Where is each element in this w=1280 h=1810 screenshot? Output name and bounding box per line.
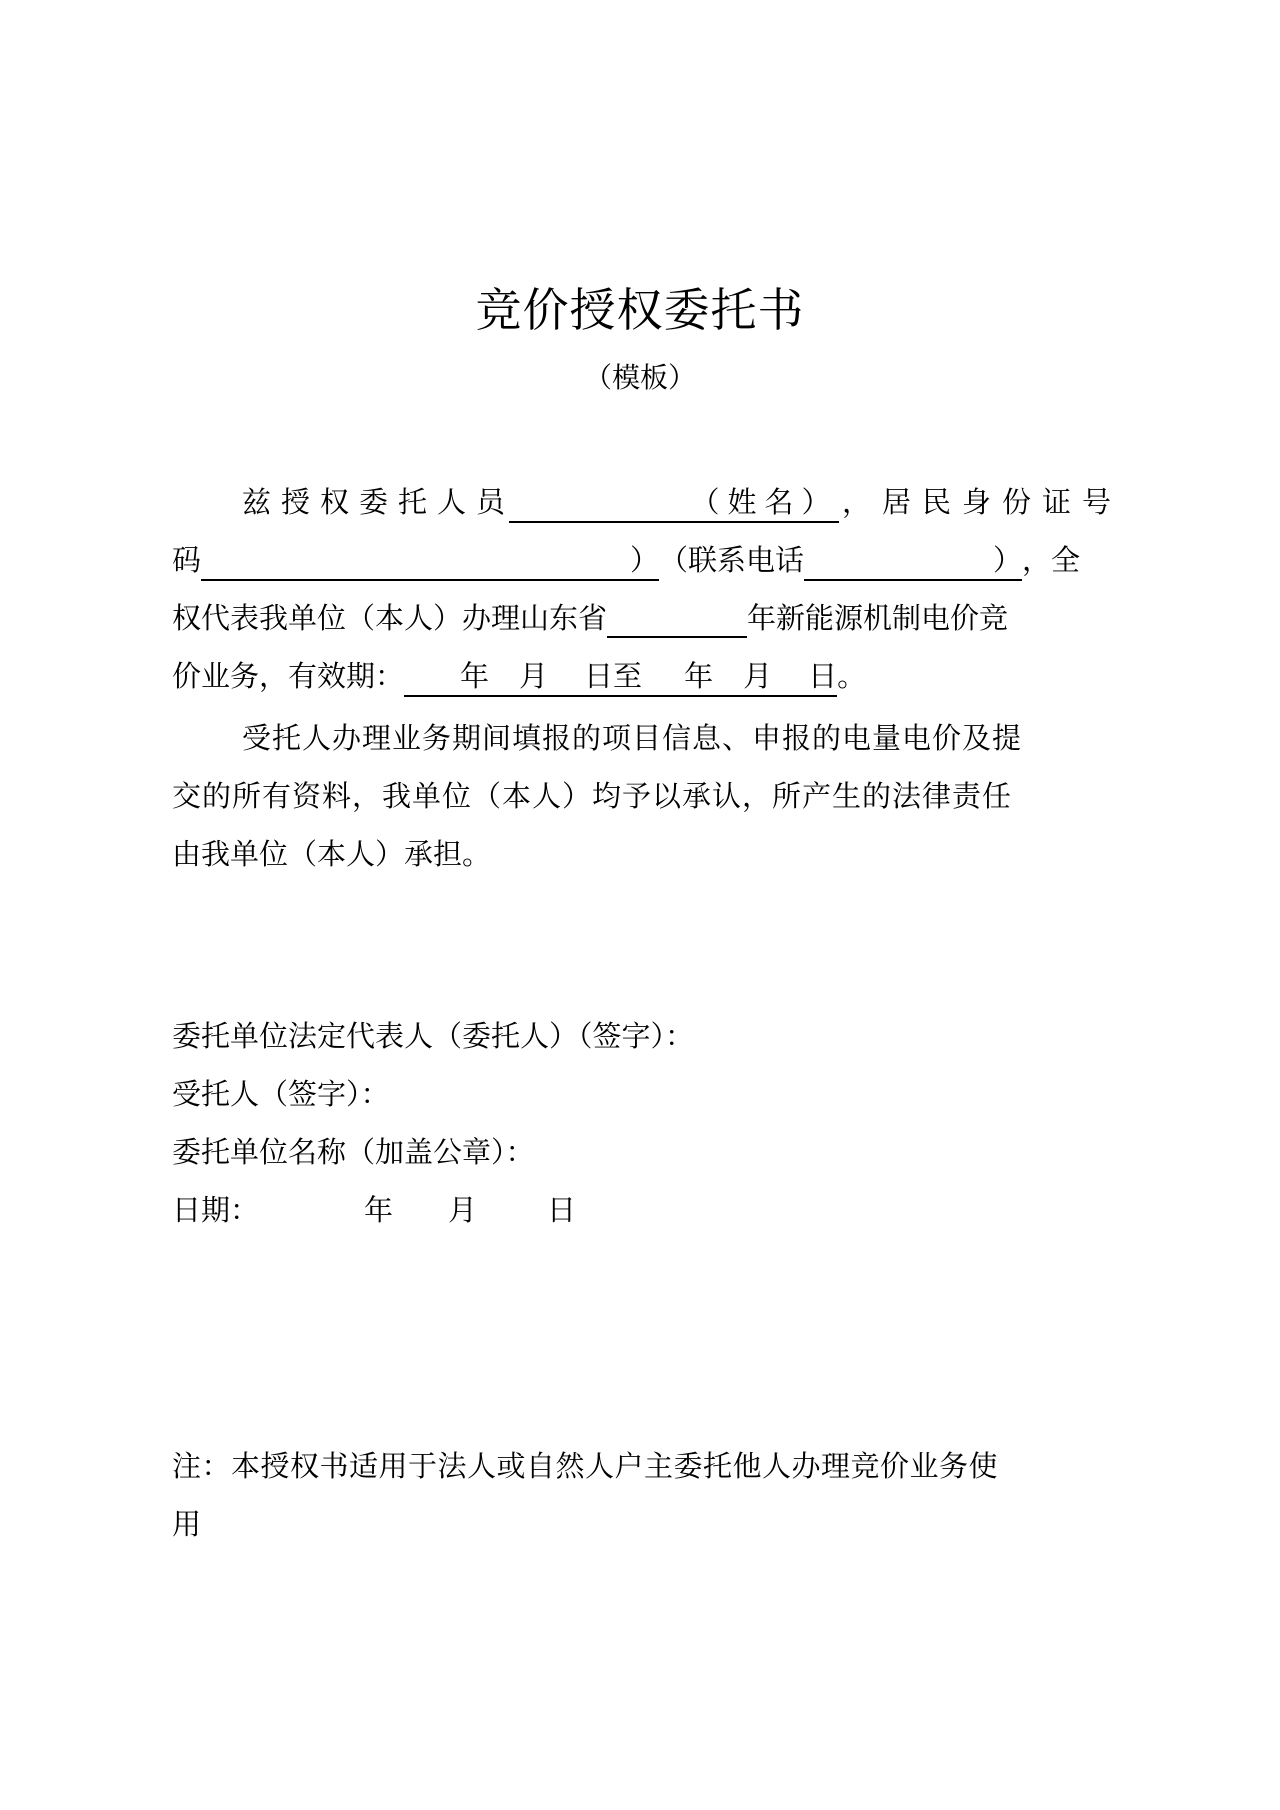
- date-year: 年: [364, 1193, 393, 1227]
- validity-end-year: 年: [684, 657, 713, 695]
- period-end: 。: [837, 659, 866, 693]
- phone-close-paren: ）: [993, 543, 1022, 577]
- phone-suffix: ，全: [1022, 543, 1080, 577]
- id-number-prefix: 码: [172, 543, 201, 577]
- validity-end-month: 月: [743, 657, 772, 695]
- date-month: 月: [448, 1193, 477, 1227]
- id-close-paren: ）: [630, 543, 659, 577]
- note-line1: 注：本授权书适用于法人或自然人户主委托他人办理竞价业务使: [172, 1446, 1122, 1486]
- validity-period-blank[interactable]: 年月日至年月日: [404, 657, 837, 697]
- date-label: 日期：: [172, 1193, 259, 1227]
- scope-prefix: 权代表我单位（本人）办理山东省: [172, 601, 607, 635]
- paragraph1-line3: 权代表我单位（本人）办理山东省年新能源机制电价竞: [172, 598, 1122, 638]
- validity-start-month: 月: [519, 657, 548, 695]
- paragraph2-line2: 交的所有资料，我单位（本人）均予以承认，所产生的法律责任: [172, 776, 1122, 816]
- date-line: 日期：年月日: [172, 1190, 1122, 1230]
- id-number-blank[interactable]: ）: [201, 541, 659, 581]
- document-subtitle: （模板）: [0, 358, 1280, 398]
- authorize-prefix: 兹授权委托人员: [242, 482, 515, 522]
- document-title: 竞价授权委托书: [0, 282, 1280, 338]
- date-day: 日: [547, 1193, 576, 1227]
- name-blank[interactable]: （姓名）: [509, 483, 839, 523]
- scope-suffix: 年新能源机制电价竞: [747, 601, 1008, 635]
- paragraph1-line1: 兹授权委托人员 （姓名） ，居民身份证号: [172, 482, 1122, 523]
- note-line2: 用: [172, 1504, 1122, 1544]
- paragraph1-line2: 码）（联系电话），全: [172, 540, 1122, 581]
- document-page: 竞价授权委托书 （模板） 兹授权委托人员 （姓名） ，居民身份证号 码）（联系电…: [0, 0, 1280, 1810]
- phone-label: （联系电话: [659, 543, 804, 577]
- validity-end-day: 日: [808, 657, 837, 695]
- agent-signature-label: 受托人（签字）：: [172, 1074, 1122, 1114]
- id-number-label: ，居民身份证号: [842, 482, 1122, 522]
- name-hint: （姓名）: [690, 485, 838, 519]
- validity-start-year: 年: [460, 657, 489, 695]
- validity-label: 价业务，有效期：: [172, 659, 404, 693]
- paragraph2-line1: 受托人办理业务期间填报的项目信息、申报的电量电价及提: [172, 718, 1192, 758]
- validity-start-day-to: 日至: [584, 657, 642, 695]
- paragraph2-line3: 由我单位（本人）承担。: [172, 834, 1122, 874]
- phone-blank[interactable]: ）: [804, 541, 1022, 581]
- unit-seal-label: 委托单位名称（加盖公章）：: [172, 1132, 1122, 1172]
- principal-signature-label: 委托单位法定代表人（委托人）（签字）：: [172, 1016, 1122, 1056]
- year-blank[interactable]: [607, 602, 747, 638]
- paragraph1-line4: 价业务，有效期：年月日至年月日。: [172, 656, 1122, 697]
